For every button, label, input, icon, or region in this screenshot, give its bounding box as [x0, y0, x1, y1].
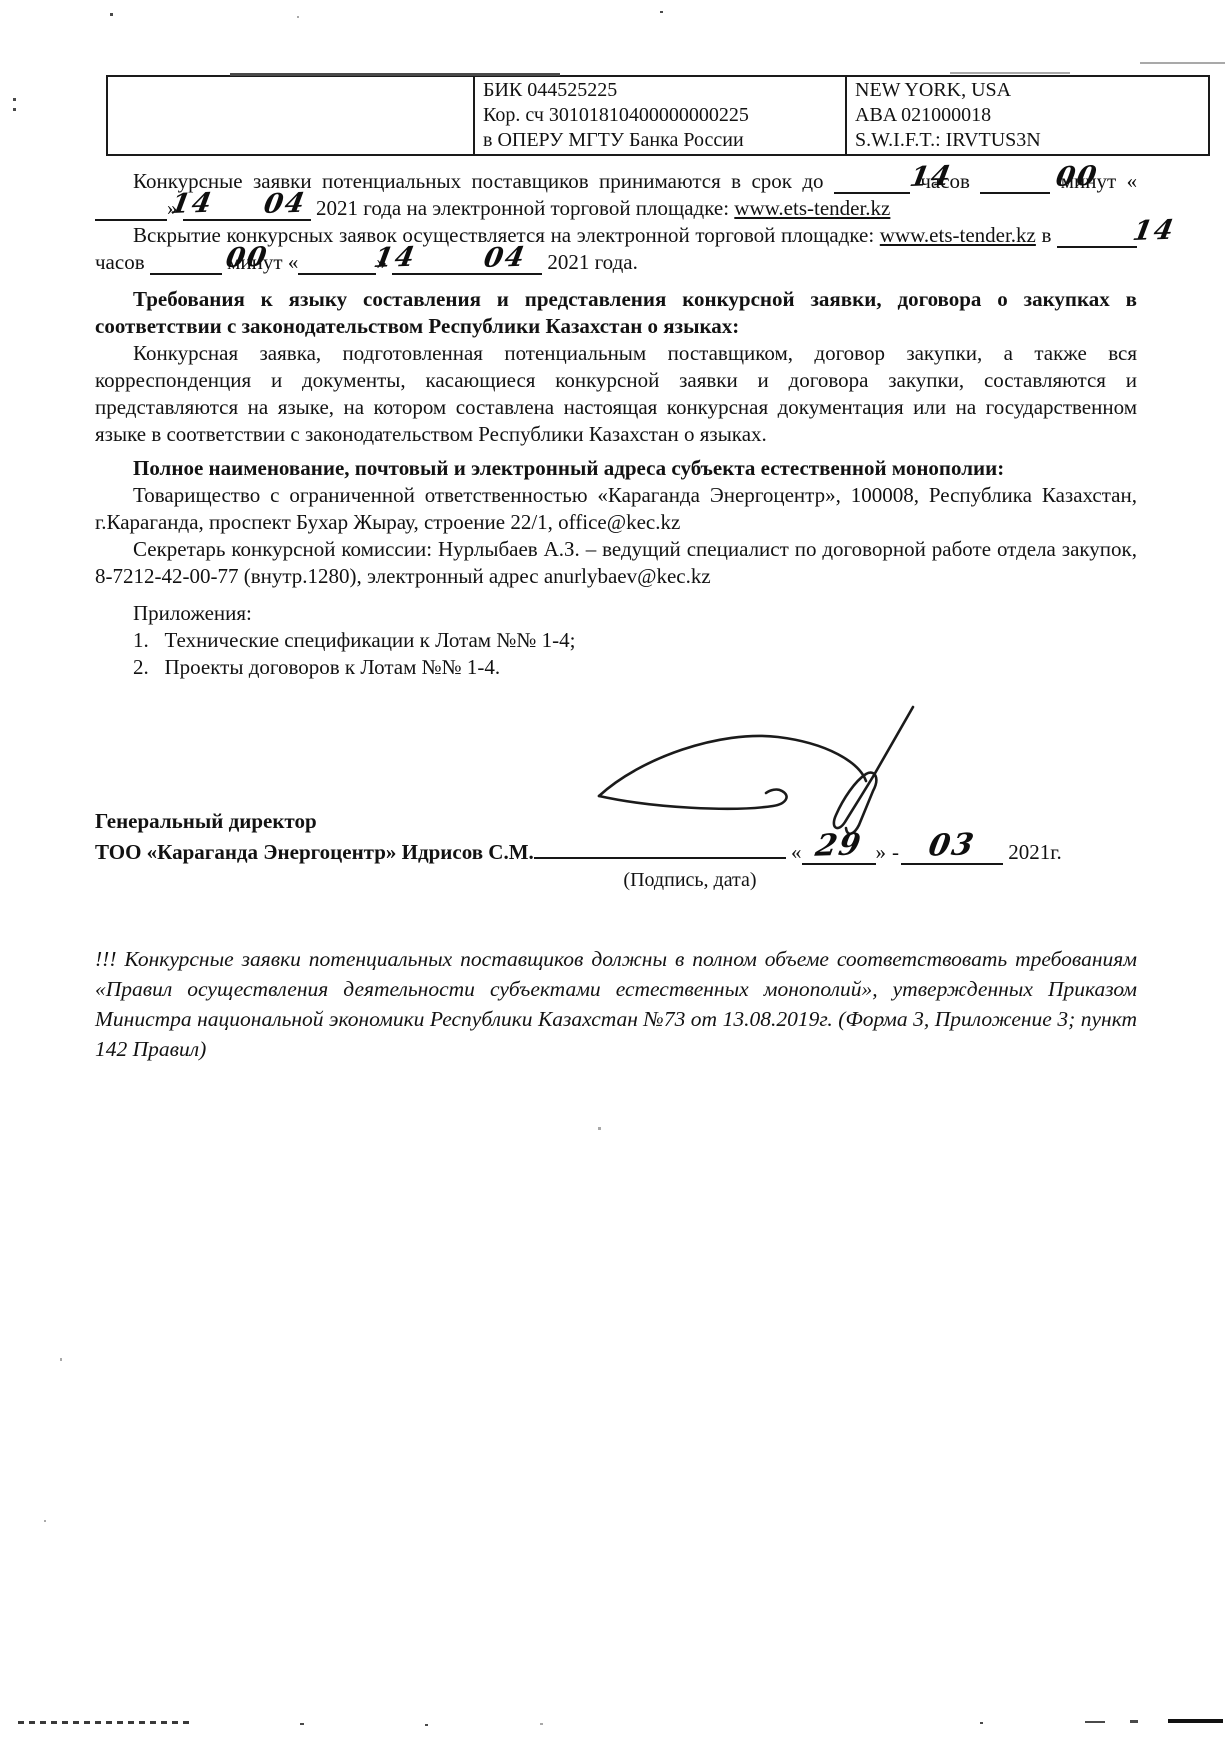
minutes-field: 00: [980, 168, 1050, 194]
table-row: БИК 044525225 Кор. сч 301018104000000002…: [107, 76, 1209, 155]
date-quote-open: «: [791, 840, 802, 864]
company-director-name: ТОО «Караганда Энергоцентр» Идрисов С.М.: [95, 840, 534, 864]
scanned-document-page: БИК 044525225 Кор. сч 301018104000000002…: [0, 0, 1225, 1740]
month-field-2: 04: [392, 249, 542, 275]
quote-open-2: «: [288, 250, 299, 274]
sign-day-value: 29: [813, 833, 863, 859]
month-value: 04: [224, 193, 308, 218]
scan-artifact: [425, 1724, 428, 1726]
hours-value-2: 14: [1093, 220, 1177, 245]
sign-month-field: 03: [901, 837, 1003, 865]
scan-artifact: [110, 13, 113, 16]
quote-open: «: [1127, 169, 1138, 193]
bank-cell-russia: БИК 044525225 Кор. сч 301018104000000002…: [474, 76, 846, 155]
hours-field: 14: [834, 168, 910, 194]
preposition-text: в: [1042, 223, 1052, 247]
bank-cell-usa: NEW YORK, USA ABA 021000018 S.W.I.F.T.: …: [846, 76, 1209, 155]
day-field-2: 14: [298, 249, 376, 275]
bik-line: БИК 044525225: [483, 78, 837, 103]
item-text: Технические спецификации к Лотам №№ 1-4;: [165, 628, 576, 652]
signature-section: Генеральный директор ТОО «Караганда Энер…: [95, 808, 1137, 894]
swift-line: S.W.I.F.T.: IRVTUS3N: [855, 128, 1200, 153]
scan-artifact: [44, 1520, 46, 1522]
operu-line: в ОПЕРУ МГТУ Банка России: [483, 128, 837, 153]
date-dash: -: [892, 837, 899, 867]
sign-day-field: 29: [802, 837, 876, 865]
submission-deadline-paragraph: Конкурсные заявки потенциальных поставщи…: [95, 168, 1137, 222]
scan-artifact: [230, 73, 560, 76]
month-value-2: 04: [444, 247, 528, 272]
bank-details-table: БИК 044525225 Кор. сч 301018104000000002…: [106, 75, 1210, 156]
scan-artifact: [1168, 1719, 1223, 1723]
monopoly-section: Полное наименование, почтовый и электрон…: [95, 455, 1137, 590]
scan-artifact: [13, 108, 16, 111]
year-text: 2021 года на электронной торговой площад…: [316, 196, 729, 220]
language-heading: Требования к языку составления и предста…: [95, 286, 1137, 340]
signature-field: [534, 835, 786, 859]
scan-artifact: [1140, 62, 1225, 64]
footnote-section: !!! Конкурсные заявки потенциальных пост…: [95, 944, 1137, 1064]
scan-artifact: [660, 11, 663, 13]
language-section: Требования к языку составления и предста…: [95, 286, 1137, 448]
item-text: Проекты договоров к Лотам №№ 1-4.: [165, 655, 501, 679]
signature-caption: (Подпись, дата): [555, 867, 825, 894]
minutes-value-2: 00: [186, 247, 270, 272]
monopoly-heading: Полное наименование, почтовый и электрон…: [95, 455, 1137, 482]
director-role: Генеральный директор: [95, 808, 1137, 835]
scan-artifact: [60, 1358, 62, 1361]
scan-artifact: [598, 1127, 601, 1130]
item-number: 2.: [133, 655, 149, 679]
minutes-value: 00: [1016, 166, 1100, 191]
date-quote-close: »: [876, 840, 887, 864]
signature-stroke-bottom: [599, 790, 787, 809]
deadline-text: Конкурсные заявки потенциальных поставщи…: [133, 169, 824, 193]
scan-artifact: [297, 16, 299, 18]
sign-year: 2021г.: [1008, 840, 1062, 864]
monopoly-address: Товарищество с ограниченной ответственно…: [95, 482, 1137, 536]
bank-cell-empty: [107, 76, 474, 155]
signature-line: ТОО «Караганда Энергоцентр» Идрисов С.М.…: [95, 835, 1137, 867]
day-field: 14: [95, 195, 167, 221]
sign-month-value: 03: [927, 833, 977, 859]
signature-stroke-top: [599, 736, 866, 796]
deadline-section: Конкурсные заявки потенциальных поставщи…: [95, 168, 1137, 276]
scan-artifact: [950, 72, 1070, 74]
scan-artifact: [1130, 1720, 1138, 1723]
aba-line: ABA 021000018: [855, 103, 1200, 128]
month-field: 04: [183, 195, 311, 221]
scan-artifact: [1085, 1721, 1105, 1723]
item-number: 1.: [133, 628, 149, 652]
secretary-info: Секретарь конкурсной комиссии: Нурлыбаев…: [95, 536, 1137, 590]
city-line: NEW YORK, USA: [855, 78, 1200, 103]
scan-artifact: [540, 1723, 543, 1725]
scan-artifact: [300, 1723, 304, 1725]
hours-field-2: 14: [1057, 222, 1137, 248]
hours-value: 14: [870, 166, 954, 191]
tender-site-link-2: www.ets-tender.kz: [880, 223, 1036, 247]
corr-account-line: Кор. сч 30101810400000000225: [483, 103, 837, 128]
regulatory-footnote: !!! Конкурсные заявки потенциальных пост…: [95, 944, 1137, 1064]
tender-site-link: www.ets-tender.kz: [734, 196, 890, 220]
minutes-field-2: 00: [150, 249, 222, 275]
year-text-2: 2021 года.: [547, 250, 638, 274]
scan-artifact: [13, 98, 16, 101]
hours-label-2: часов: [95, 250, 145, 274]
scan-artifact: [18, 1721, 190, 1724]
language-body: Конкурсная заявка, подготовленная потенц…: [95, 340, 1137, 448]
attachments-title: Приложения:: [95, 600, 1137, 627]
scan-artifact: [980, 1722, 983, 1724]
opening-paragraph: Вскрытие конкурсных заявок осуществляетс…: [95, 222, 1137, 276]
